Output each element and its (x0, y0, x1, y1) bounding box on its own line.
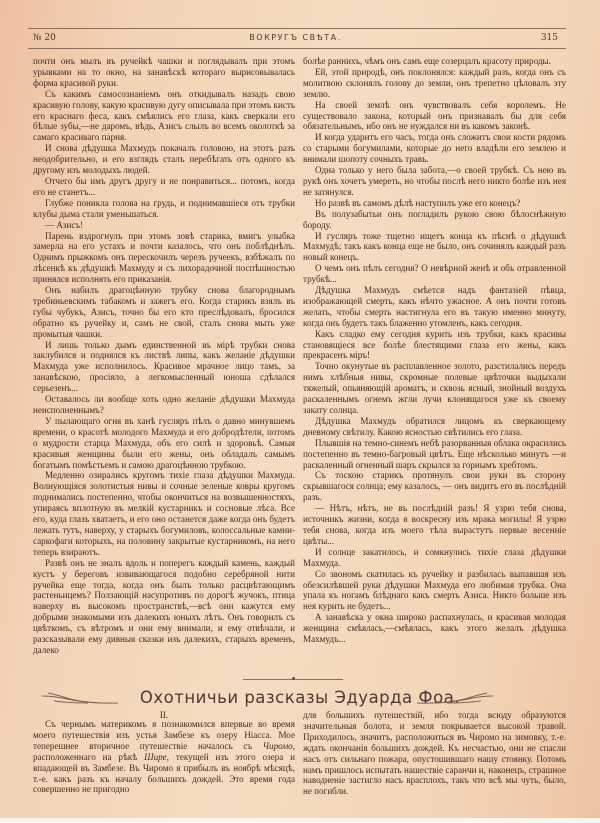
story2-left-column: Съ чернымъ материкомъ я познакомился впе… (33, 719, 295, 799)
story-title: Охотничьи разсказы Эдуарда Фоа. (0, 688, 600, 707)
page-bottom-edge (0, 818, 600, 823)
story1-left-column: почти онъ мылъ въ ручейкѣ чашки и погляд… (33, 56, 295, 661)
paragraph: Съ какимъ самосознаніемъ онъ откидывалъ … (33, 89, 295, 144)
paragraph: Плывшія на темно-синемъ небѣ разорванныя… (303, 438, 566, 471)
paragraph: Но развѣ въ самомъ дѣлѣ наступилъ уже ег… (303, 198, 566, 209)
paragraph: А занавѣска у окна широко распахнулась, … (303, 612, 566, 645)
paragraph: Глубже поникла голова на грудь, и подним… (33, 198, 295, 220)
paragraph: Оставалось ли вообще хоть одно желаніе д… (33, 394, 295, 416)
paragraph: У пылающаго огня въ ханѣ гусляръ пѣлъ о … (33, 416, 295, 471)
right-flourish-icon (415, 692, 495, 706)
paragraph: Дѣдушка Махмудъ смѣется надъ фантазіей п… (303, 285, 566, 329)
italic-place-name: Чиромо (263, 741, 293, 751)
header-bottom-rule (28, 48, 566, 49)
paragraph: Съ чернымъ материкомъ я познакомился впе… (33, 719, 295, 795)
paragraph: Парень вздрогнулъ при этомъ зовѣ старика… (33, 231, 295, 286)
page-number: 315 (541, 33, 558, 43)
paragraph: И гусляръ тоже тщетно ищетъ конца къ пѣс… (303, 231, 566, 264)
header-top-rule (28, 28, 566, 29)
paragraph: Одна только у него была забота,—о своей … (303, 165, 566, 198)
paragraph: — Азисъ! (33, 220, 295, 231)
paragraph: Со звономъ скатилась къ ручейку и разбил… (303, 569, 566, 613)
paragraph: И солнце закатилось, и сомкнулись тихіе … (303, 547, 566, 569)
magazine-page: № 20 ВОКРУГЪ СВѢТА. 315 почти онъ мылъ в… (0, 0, 600, 823)
magazine-title: ВОКРУГЪ СВѢТА. (33, 33, 558, 42)
paragraph: почти онъ мылъ въ ручейкѣ чашки и погляд… (33, 56, 295, 89)
paragraph: Ей, этой природѣ, онъ поклонялся: каждый… (303, 67, 566, 100)
paragraph: Отчего бы имъ другъ другу и не понравить… (33, 176, 295, 198)
story1-right-column: болѣе раннихъ, чѣмъ онъ самъ еще созерца… (303, 56, 566, 661)
italic-place-name: Шире (144, 752, 167, 762)
paragraph: И когда ударитъ его часъ, тогда онъ слож… (303, 132, 566, 165)
paragraph: Какъ сладко ему сегодня курить изъ трубк… (303, 329, 566, 362)
paragraph: На своей землѣ онъ чувствовалъ себя коро… (303, 100, 566, 133)
text-run: Съ чернымъ материкомъ я познакомился впе… (33, 719, 295, 751)
paragraph: болѣе раннихъ, чѣмъ онъ самъ еще созерца… (303, 56, 566, 67)
paragraph: Съ тоскою старикъ протянулъ свои руки въ… (303, 470, 566, 503)
separator-dot (292, 677, 295, 680)
paragraph: для большихъ путешествій, ибо тогда всюд… (303, 710, 566, 797)
paragraph: И лишь только дымъ единственной въ мірѣ … (33, 340, 295, 395)
running-header: № 20 ВОКРУГЪ СВѢТА. 315 (33, 31, 558, 47)
paragraph: Точно окунутые въ расплавленное золото, … (303, 361, 566, 416)
story2-right-column: для большихъ путешествій, ибо тогда всюд… (303, 710, 566, 800)
paragraph: Развѣ онъ не зналъ вдоль и поперегъ кажд… (33, 558, 295, 656)
paragraph: Онъ набилъ драгоцѣнную трубку снова благ… (33, 285, 295, 340)
paragraph: И снова дѣдушка Махмудъ покачалъ головою… (33, 143, 295, 176)
paragraph: О чемъ онъ пѣлъ сегодня? О невѣрной женѣ… (303, 263, 566, 285)
paragraph: — Нѣтъ, нѣтъ, не въ послѣдній разъ! Я уз… (303, 503, 566, 547)
paragraph: Медленно озирались кругомъ тихіе глаза д… (33, 470, 295, 557)
paragraph: Дѣдушка Махмудъ обратился лицомъ къ свер… (303, 416, 566, 438)
paragraph: Въ полузабытьи онъ погладилъ рукою свою … (303, 209, 566, 231)
